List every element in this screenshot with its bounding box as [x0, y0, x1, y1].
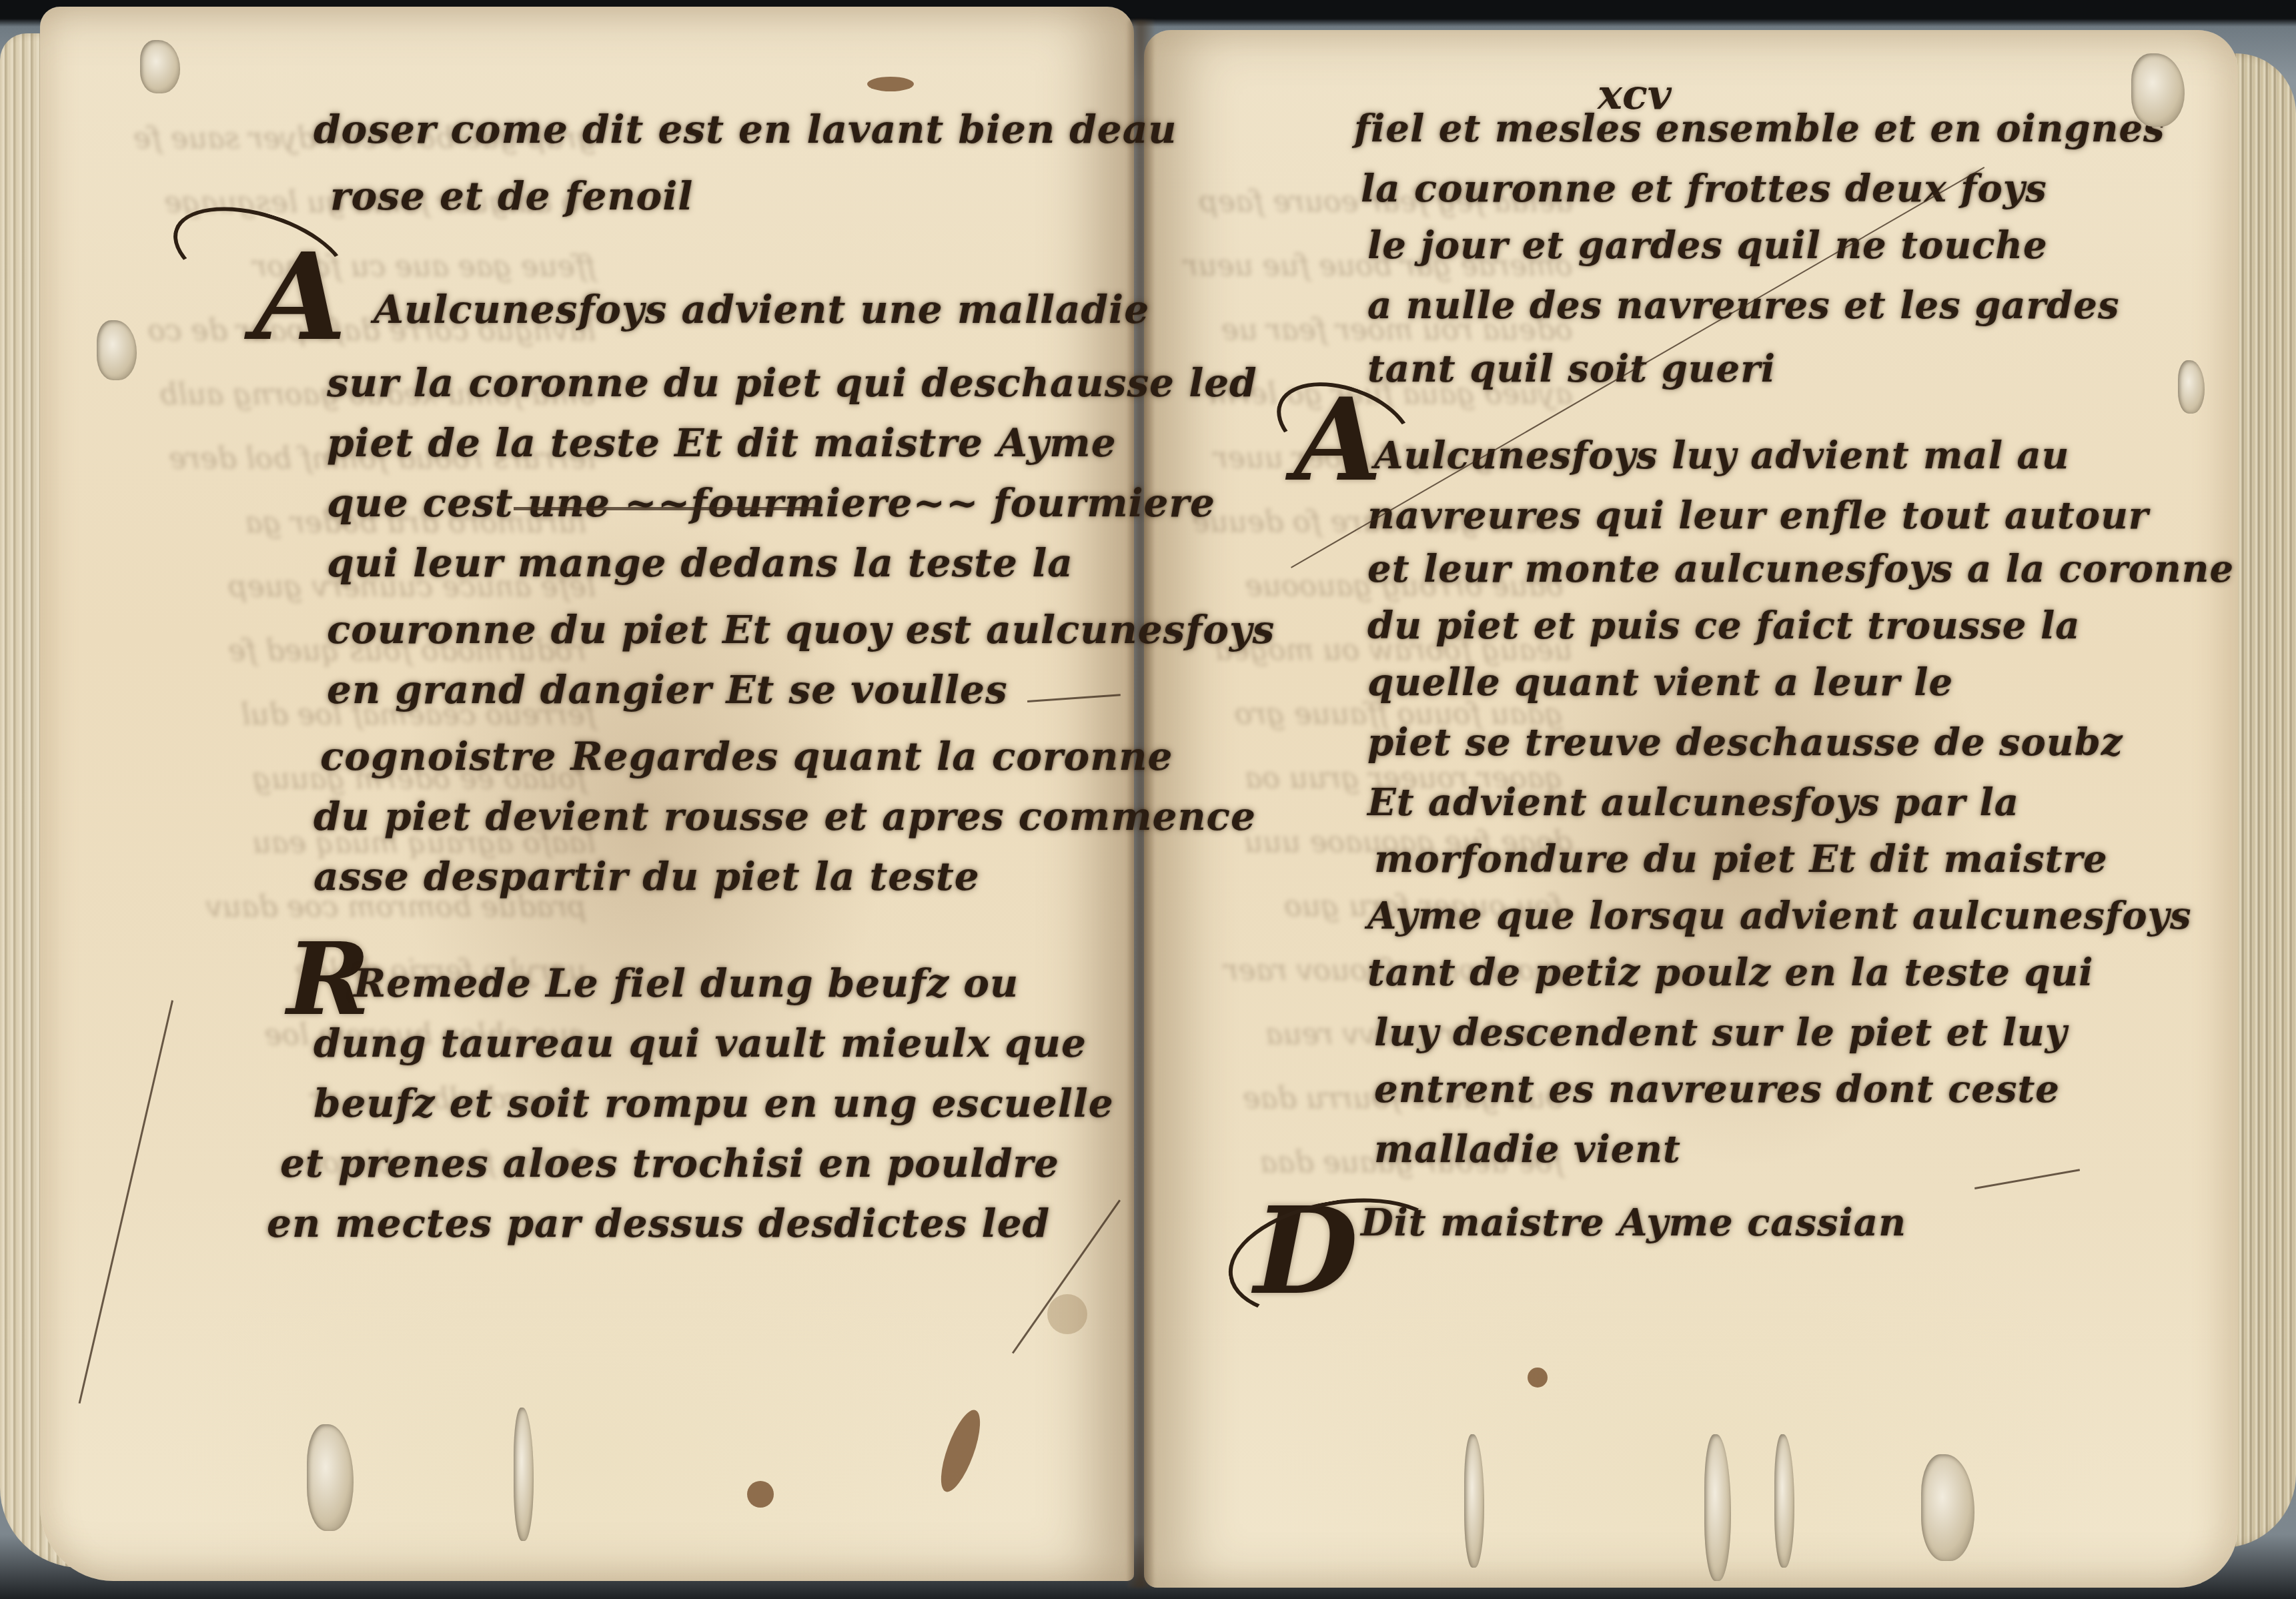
manuscript-line: et prenes aloes trochisi en pouldre [280, 1141, 1059, 1186]
manuscript-line: malladie vient [1374, 1127, 1681, 1171]
ink-stain [867, 77, 914, 91]
manuscript-line: morfondure du piet Et dit maistre [1374, 837, 2108, 881]
manuscript-line: que cest une ~~fourmiere~~ fourmiere [327, 480, 1215, 526]
manuscript-line: luy descendent sur le piet et luy [1374, 1011, 2067, 1055]
manuscript-line: sur la coronne du piet qui deschausse le… [327, 360, 1257, 406]
manuscript-line: qui leur mange dedans la teste la [327, 540, 1073, 586]
strikethrough-line [514, 507, 820, 510]
manuscript-line: fiel et mesles ensemble et en oingnes [1354, 107, 2165, 151]
manuscript-line: couronne du piet Et quoy est aulcunesfoy… [327, 607, 1275, 652]
manuscript-line: Aulcunesfoys luy advient mal au [1374, 434, 2069, 478]
manuscript-line: dung taureau qui vault mieulx que [314, 1021, 1087, 1066]
manuscript-line: le jour et gardes quil ne touche [1367, 223, 2048, 268]
manuscript-line: piet se treuve deschausse de soubz [1367, 720, 2123, 764]
manuscript-line: doser come dit est en lavant bien deau [314, 107, 1177, 152]
manuscript-line: en grand dangier Et se voulles [327, 667, 1008, 712]
manuscript-line: en mectes par dessus desdictes led [267, 1201, 1050, 1246]
manuscript-line: asse despartir du piet la teste [314, 854, 980, 899]
manuscript-line: du piet et puis ce faict trousse la [1367, 604, 2080, 648]
manuscript-line: Et advient aulcunesfoys par la [1367, 780, 2019, 825]
manuscript-line: Aulcunesfoys advient une malladie [374, 287, 1149, 332]
ink-stain [747, 1481, 774, 1508]
ink-stain [1528, 1368, 1548, 1388]
manuscript-spread: grap gae boro coe dyer saue fe vo aaigue… [0, 0, 2296, 1599]
manuscript-line: rose et de fenoil [330, 173, 693, 219]
manuscript-line: entrent es navreures dont ceste [1374, 1067, 2060, 1111]
manuscript-line: tant de petiz poulz en la teste qui [1367, 951, 2094, 995]
manuscript-line: quelle quant vient a leur le [1367, 660, 1953, 704]
foxing-stain [1047, 1294, 1087, 1334]
manuscript-line: du piet devient rousse et apres commence [314, 794, 1256, 839]
manuscript-line: Ayme que lorsqu advient aulcunesfoys [1367, 894, 2192, 938]
manuscript-line: Remede Le fiel dung beufz ou [354, 961, 1019, 1006]
manuscript-line: et leur monte aulcunesfoys a la coronne [1367, 547, 2234, 591]
manuscript-line: piet de la teste Et dit maistre Ayme [327, 420, 1117, 466]
manuscript-line: beufz et soit rompu en ung escuelle [314, 1081, 1114, 1126]
manuscript-line: navreures qui leur enfle tout autour [1367, 494, 2149, 538]
manuscript-line: cognoistre Regardes quant la coronne [320, 734, 1173, 779]
manuscript-line: tant quil soit gueri [1367, 347, 1776, 391]
